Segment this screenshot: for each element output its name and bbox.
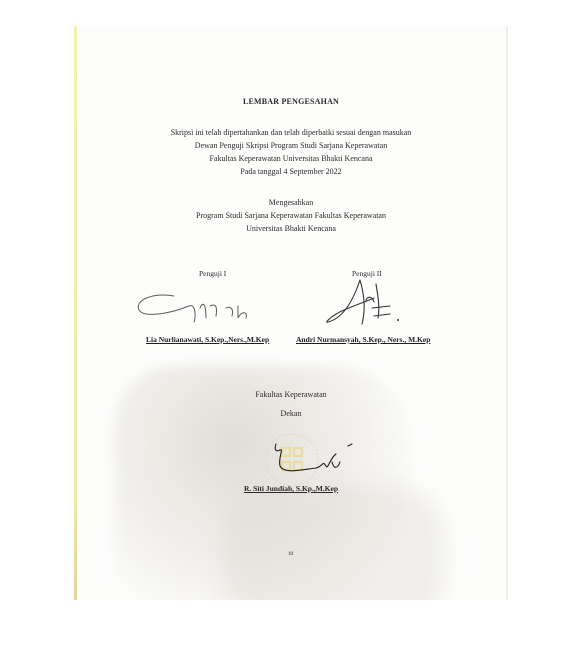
document-title: LEMBAR PENGESAHAN: [74, 97, 508, 107]
examiner-2-name: Andri Nurmansyah, S.Kep., Ners., M.Kep: [296, 335, 430, 344]
intro-line-1: Skripsi ini telah dipertahankan dan tela…: [74, 128, 508, 138]
endorsement-line-2: Universitas Bhakti Kencana: [74, 224, 508, 234]
dean-name: R. Siti Jundiah, S.Kp.,M.Kep: [74, 484, 508, 494]
examiner-1-signature-icon: [134, 288, 264, 328]
document-page: LEMBAR PENGESAHAN Skripsi ini telah dipe…: [74, 26, 508, 600]
endorsement-line-1: Program Studi Sarjana Keperawatan Fakult…: [74, 211, 508, 221]
dean-role: Dekan: [74, 409, 508, 419]
examiner-2-role: Penguji II: [352, 269, 382, 278]
intro-line-4: Pada tanggal 4 September 2022: [74, 167, 508, 177]
dean-signature-icon: [270, 440, 360, 480]
examiner-2-signature-icon: [324, 278, 414, 328]
intro-line-3: Fakultas Keperawatan Universitas Bhakti …: [74, 154, 508, 164]
page-number: iii: [74, 551, 508, 557]
page-edge: [506, 26, 508, 600]
intro-line-2: Dewan Penguji Skripsi Program Studi Sarj…: [74, 141, 508, 151]
endorsement-heading: Mengesahkan: [74, 198, 508, 208]
page-edge-highlight: [74, 26, 77, 600]
examiner-1-role: Penguji I: [199, 269, 226, 278]
dean-faculty: Fakultas Keperawatan: [74, 390, 508, 400]
photo-shadow: [224, 486, 444, 600]
examiner-1-name: Lia Nurlianawati, S.Kep.,Ners.,M.Kep: [146, 335, 269, 344]
